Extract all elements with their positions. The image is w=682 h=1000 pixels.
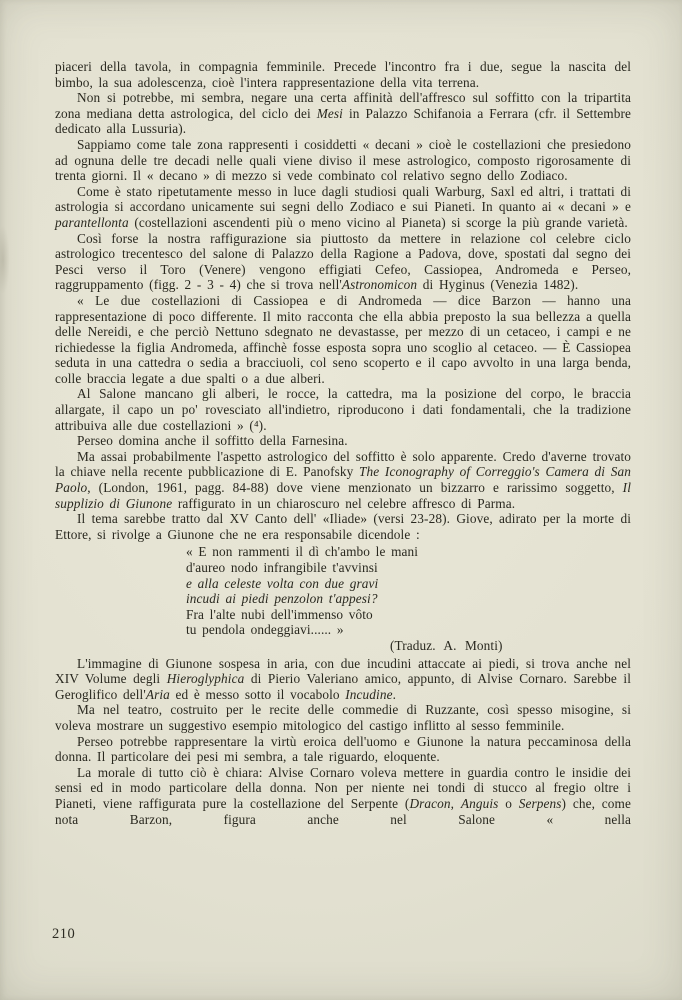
italic-text: Aria (146, 687, 170, 702)
text-run: « E non rammenti il dì ch'ambo le mani (186, 544, 418, 559)
italic-text: parantellonta (55, 215, 129, 230)
text-run: (costellazioni ascendenti più o meno vic… (129, 215, 628, 230)
paragraph: Non si potrebbe, mi sembra, negare una c… (55, 90, 631, 137)
paragraph: Sappiamo come tale zona rappresenti i co… (55, 137, 631, 184)
text-run: Il tema sarebbe tratto dal XV Canto dell… (55, 511, 631, 542)
scan-smudge (0, 225, 10, 295)
poem-line: incudi ai piedi penzolon t'appesi? (186, 591, 631, 607)
italic-text: Incudine (345, 687, 392, 702)
paragraph: Come è stato ripetutamente messo in luce… (55, 184, 631, 231)
poem-block: « E non rammenti il dì ch'ambo le manid'… (186, 544, 631, 638)
text-run: Perseo domina anche il soffitto della Fa… (77, 433, 348, 448)
text-run: o (498, 796, 518, 811)
italic-text: Astronomicon (342, 277, 417, 292)
text-run: Fra l'alte nubi dell'immenso vôto (186, 607, 373, 622)
text-column: piaceri della tavola, in compagnia femmi… (55, 59, 631, 827)
italic-text: Mesi (317, 106, 343, 121)
text-run: Al Salone mancano gli alberi, le rocce, … (55, 386, 631, 432)
italic-text: e alla celeste volta con due gravi (186, 576, 378, 591)
paragraph: Ma assai probabilmente l'aspetto astrolo… (55, 449, 631, 511)
poem-line: « E non rammenti il dì ch'ambo le mani (186, 544, 631, 560)
book-page: piaceri della tavola, in compagnia femmi… (0, 0, 682, 1000)
paragraph: Perseo potrebbe rappresentare la virtù e… (55, 734, 631, 765)
paragraph: Al Salone mancano gli alberi, le rocce, … (55, 386, 631, 433)
italic-text: Dracon (409, 796, 450, 811)
text-run: Ma nel teatro, costruito per le recite d… (55, 702, 631, 733)
paragraph: piaceri della tavola, in compagnia femmi… (55, 59, 631, 90)
poem-attribution: (Traduz. A. Monti) (390, 638, 631, 654)
text-run: Sappiamo come tale zona rappresenti i co… (55, 137, 631, 183)
paragraph: Ma nel teatro, costruito per le recite d… (55, 702, 631, 733)
text-run: Come è stato ripetutamente messo in luce… (55, 184, 631, 215)
text-run: . (393, 687, 396, 702)
paragraph: Perseo domina anche il soffitto della Fa… (55, 433, 631, 449)
poem-line: d'aureo nodo infrangibile t'avvinsi (186, 560, 631, 576)
text-run: raffigurato in un chiaroscuro nel celebr… (172, 496, 515, 511)
page-number: 210 (52, 926, 75, 943)
italic-text: Anguis (461, 796, 499, 811)
text-run: « Le due costellazioni di Cassiopea e di… (55, 293, 631, 386)
paragraph: L'immagine di Giunone sospesa in aria, c… (55, 656, 631, 703)
poem-line: tu pendola ondeggiavi...... » (186, 622, 631, 638)
text-run: , (London, 1961, pagg. 84-88) dove viene… (87, 480, 622, 495)
text-run: piaceri della tavola, in compagnia femmi… (55, 59, 631, 90)
text-run: d'aureo nodo infrangibile t'avvinsi (186, 560, 378, 575)
paragraph: La morale di tutto ciò è chiara: Alvise … (55, 765, 631, 827)
paragraph: « Le due costellazioni di Cassiopea e di… (55, 293, 631, 387)
poem-line: e alla celeste volta con due gravi (186, 576, 631, 592)
paragraph: Così forse la nostra raffigurazione sia … (55, 231, 631, 293)
text-run: tu pendola ondeggiavi...... » (186, 622, 344, 637)
poem-line: Fra l'alte nubi dell'immenso vôto (186, 607, 631, 623)
text-run: di Hyginus (Venezia 1482). (417, 277, 578, 292)
paragraph: Il tema sarebbe tratto dal XV Canto dell… (55, 511, 631, 542)
italic-text: Hieroglyphica (167, 671, 245, 686)
text-run: ed è messo sotto il vocabolo (170, 687, 345, 702)
text-run: , (451, 796, 461, 811)
italic-text: incudi ai piedi penzolon t'appesi? (186, 591, 378, 606)
italic-text: Serpens (519, 796, 562, 811)
text-run: Perseo potrebbe rappresentare la virtù e… (55, 734, 631, 765)
